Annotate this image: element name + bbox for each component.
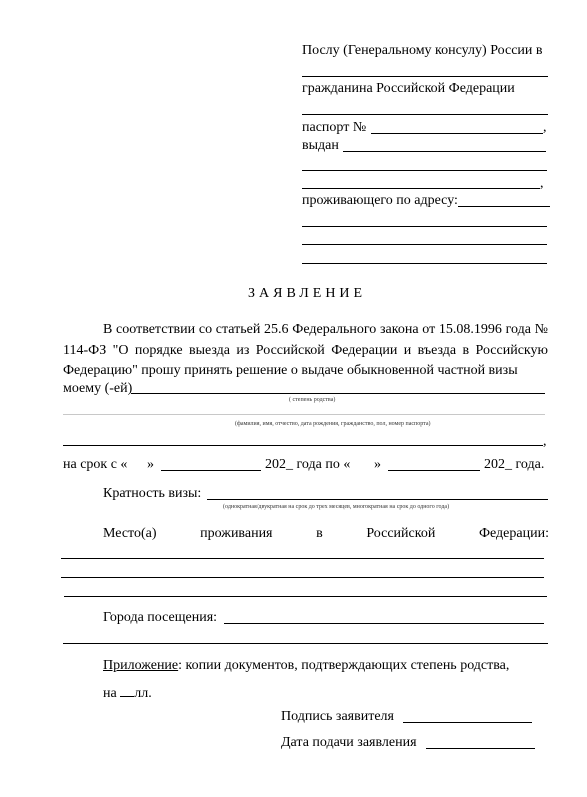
document-title: ЗАЯВЛЕНИЕ [248,286,366,302]
issued-by-field-2[interactable] [302,170,547,171]
pages-suffix: лл. [134,686,151,701]
relative-label: моему (-ей) [63,381,132,397]
issued-label: выдан [302,138,339,154]
address-field[interactable] [458,206,550,207]
attachment-line: Приложение: копии документов, подтвержда… [103,658,509,674]
residence-word: Место(а) [103,526,157,542]
residence-field-1[interactable] [61,558,544,559]
term-from-label: на срок с « [63,457,127,473]
date-to-field[interactable] [388,470,480,471]
cities-field[interactable] [224,623,544,624]
passport-label: паспорт № [302,120,366,136]
multiplicity-label: Кратность визы: [103,486,201,502]
attachment-label: Приложение [103,658,178,673]
signature-field[interactable] [403,722,532,723]
attachment-text: : копии документов, подтверждающих степе… [178,658,509,673]
citizen-label: гражданина Российской Федерации [302,81,515,97]
request-paragraph: В соответствии со статьей 25.6 Федеральн… [63,320,548,382]
applicant-name-field[interactable] [302,114,548,115]
signature-label: Подпись заявителя [281,709,394,725]
person-details-field[interactable] [63,414,545,415]
multiplicity-field[interactable] [207,499,548,500]
issued-by-field[interactable] [343,151,546,152]
multiplicity-caption: (однократная/двукратная на срок до трех … [223,503,449,511]
passport-number-field[interactable] [371,133,543,134]
date-from-field[interactable] [161,470,261,471]
residence-word: Федерации: [479,526,549,542]
issued-by-field-3[interactable] [302,188,540,189]
addressee-line: Послу (Генеральному консулу) России в [302,43,543,59]
close-quote: » [374,457,381,473]
comma: , [540,176,544,192]
date-label: Дата подачи заявления [281,735,417,751]
relationship-field[interactable] [131,393,545,394]
embassy-city-field[interactable] [302,76,548,77]
residence-label: Место(а) проживания в Российской Федерац… [103,526,549,542]
residence-word: проживания [200,526,272,542]
person-details-field-2[interactable] [63,445,543,446]
pages-count-field[interactable] [120,684,134,697]
residence-word: в [316,526,323,542]
cities-field-2[interactable] [63,643,548,644]
pages-prefix: на [103,686,117,701]
address-field-2[interactable] [302,226,547,227]
term-to-label: 202_ года по « [265,457,350,473]
relationship-caption: ( степень родства) [289,396,335,404]
address-field-3[interactable] [302,244,547,245]
pages-line: на лл. [103,684,152,702]
residence-field-3[interactable] [64,596,547,597]
residence-field-2[interactable] [61,577,544,578]
residing-label: проживающего по адресу: [302,193,458,209]
term-end-label: 202_ года. [484,457,544,473]
person-details-caption: (фамилия, имя, отчество, дата рождения, … [235,420,431,428]
cities-label: Города посещения: [103,610,217,626]
comma: , [543,120,547,136]
address-field-4[interactable] [302,263,547,264]
submission-date-field[interactable] [426,748,535,749]
residence-word: Российской [366,526,435,542]
comma: , [543,434,547,450]
close-quote: » [147,457,154,473]
